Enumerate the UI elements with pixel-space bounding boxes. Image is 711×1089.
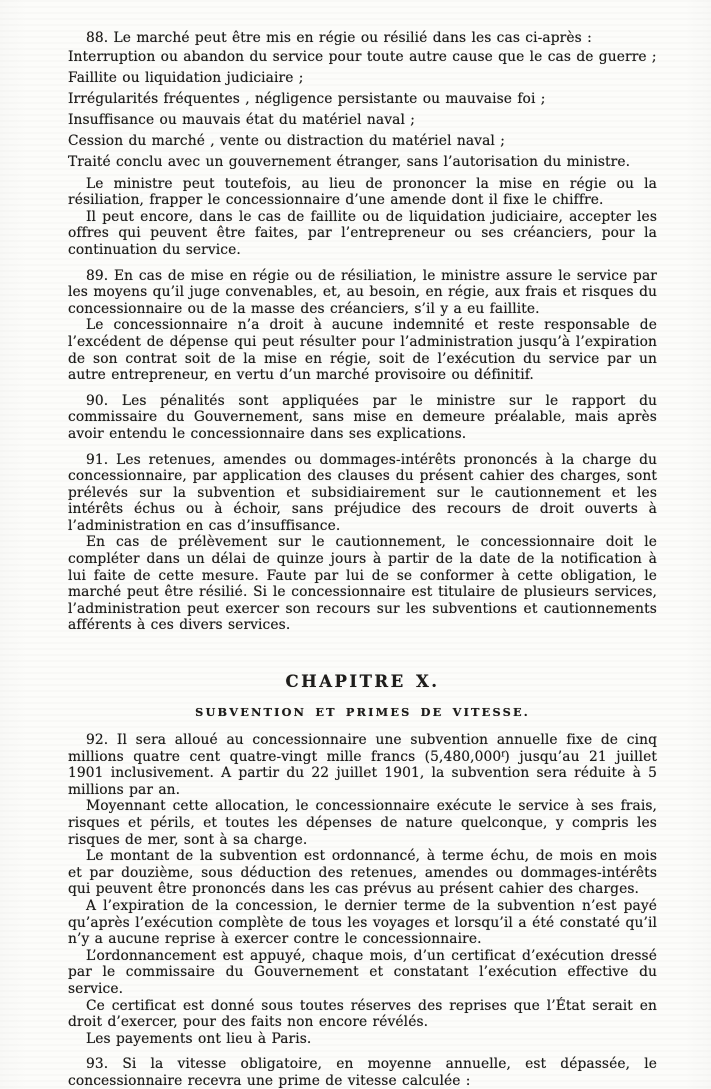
para-faillite-offres: Il peut encore, dans le cas de faillite … [68, 209, 657, 259]
para-payements-paris: Les payements ont lieu à Paris. [68, 1031, 657, 1048]
article-93-intro: 93. Si la vitesse obligatoire, en moyenn… [68, 1056, 657, 1089]
para-indemnite-excedent: Le concessionnaire n’a droit à aucune in… [68, 317, 657, 383]
para-expiration-concession: A l’expiration de la concession, le dern… [68, 898, 657, 948]
article-92-para: 92. Il sera alloué au concessionnaire un… [68, 732, 657, 798]
para-prelevement-cautionnement: En cas de prélèvement sur le cautionneme… [68, 534, 657, 634]
chapter-heading: CHAPITRE X. [68, 672, 657, 692]
para-allocation-frais: Moyennant cette allocation, le concessio… [68, 798, 657, 848]
article-88-intro: 88. Le marché peut être mis en régie ou … [68, 30, 657, 47]
para-ordonnancement-certificat: L’ordonnancement est appuyé, chaque mois… [68, 948, 657, 998]
para-certificat-reserves: Ce certificat est donné sous toutes rése… [68, 998, 657, 1031]
article-90-para: 90. Les pénalités sont appliquées par le… [68, 393, 657, 443]
article-91-para: 91. Les retenues, amendes ou dommages-in… [68, 452, 657, 535]
para-ministre-amende: Le ministre peut toutefois, au lieu de p… [68, 176, 657, 209]
chapter-subheading: SUBVENTION ET PRIMES DE VITESSE. [68, 705, 657, 719]
clause-cession: Cession du marché , vente ou distraction… [68, 131, 657, 152]
clause-traite: Traité conclu avec un gouvernement étran… [68, 152, 657, 173]
clause-interruption: Interruption ou abandon du service pour … [68, 47, 657, 68]
clause-irregularites: Irrégularités fréquentes , négligence pe… [68, 89, 657, 110]
article-89-para: 89. En cas de mise en régie ou de résili… [68, 268, 657, 318]
clause-faillite: Faillite ou liquidation judiciaire ; [68, 68, 657, 89]
scanned-document-page: 88. Le marché peut être mis en régie ou … [0, 0, 711, 1089]
clause-insuffisance: Insuffisance ou mauvais état du matériel… [68, 110, 657, 131]
scanned-book-page: { "colors": { "paper": "#fcfcfa", "ink":… [0, 0, 711, 1089]
para-montant-subvention: Le montant de la subvention est ordonnan… [68, 848, 657, 898]
